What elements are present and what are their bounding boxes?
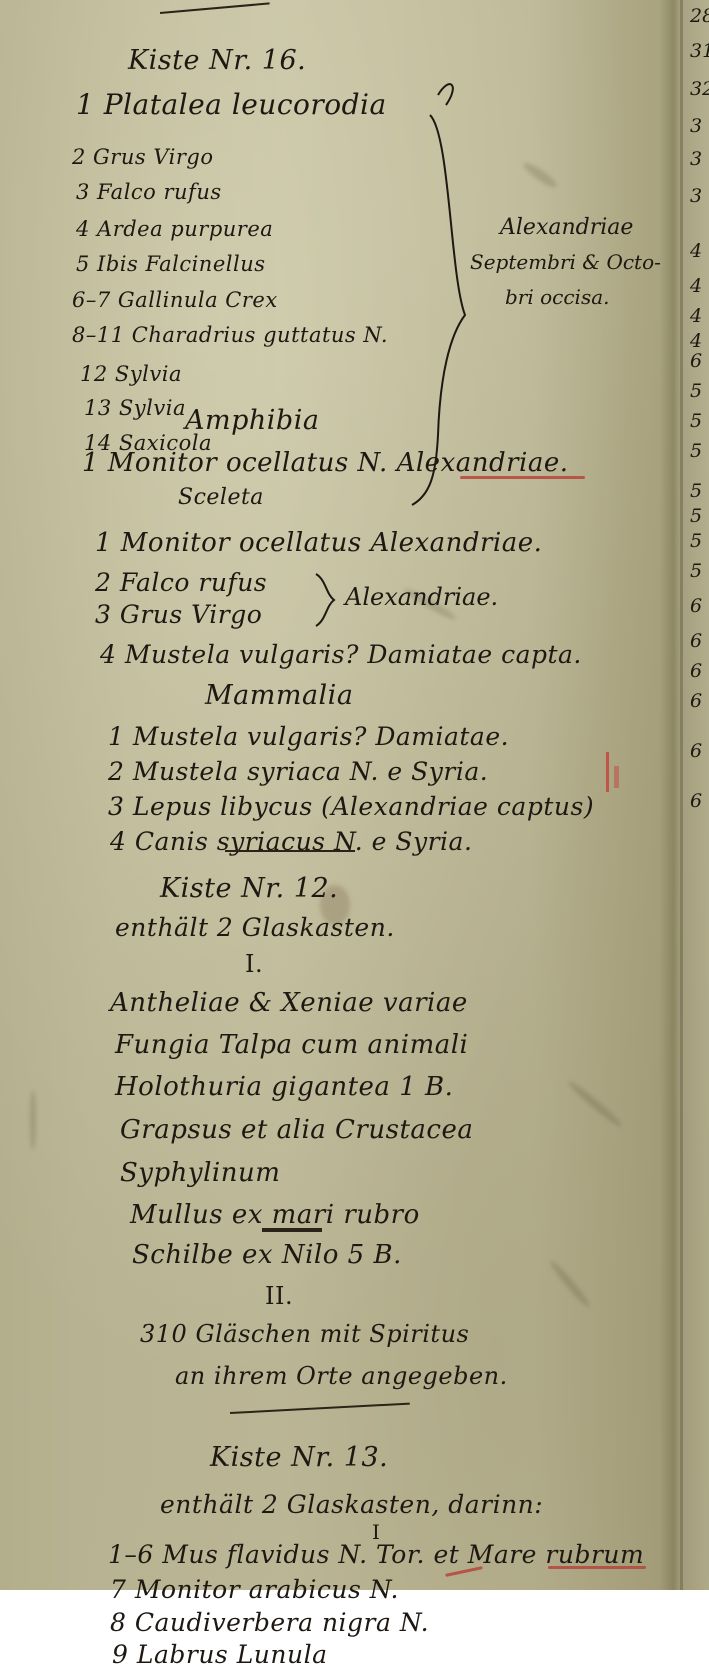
margin-number: 5 (690, 380, 702, 402)
section-subheading: enthält 2 Glaskasten. (115, 913, 395, 942)
ink-smudge (521, 159, 560, 190)
margin-number: 31 (690, 40, 709, 62)
list-item: 4 Ardea purpurea (76, 217, 273, 241)
list-item: 1–6 Mus flavidus N. Tor. et Mare rubrum (108, 1540, 644, 1569)
list-item: Fungia Talpa cum animali (115, 1030, 468, 1060)
list-item: 3 Grus Virgo (95, 600, 262, 629)
list-item: Antheliae & Xeniae variae (110, 988, 468, 1018)
margin-number: 6 (690, 740, 702, 762)
margin-number: 5 (690, 480, 702, 502)
red-margin-mark (606, 752, 609, 792)
section-heading-kiste-13: Kiste Nr. 13. (210, 1442, 388, 1473)
manuscript-page: Kiste Nr. 16. 1 Platalea leucorodia 2 Gr… (0, 0, 709, 1590)
margin-number: 6 (690, 660, 702, 682)
list-item: Schilbe ex Nilo 5 B. (132, 1240, 402, 1270)
bracket-note-line: Alexandriae. (345, 583, 498, 611)
margin-number: 32 (690, 78, 709, 100)
margin-number: 6 (690, 790, 702, 812)
list-item: 13 Sylvia (84, 396, 186, 420)
section-divider (225, 850, 355, 852)
ink-stroke (262, 1228, 322, 1232)
list-item: 8–11 Charadrius guttatus N. (72, 323, 388, 347)
margin-number: 5 (690, 440, 702, 462)
margin-number: 4 (690, 330, 702, 352)
red-underline (460, 476, 585, 479)
section-heading-sceleta: Sceleta (178, 485, 264, 510)
section-heading-amphibia: Amphibia (185, 405, 319, 436)
ink-smudge (548, 1258, 593, 1309)
page-gutter (680, 0, 683, 1590)
list-item: 1 Monitor ocellatus N. Alexandriae. (82, 448, 569, 478)
bracket-note-line: Alexandriae (500, 215, 633, 240)
section-heading-kiste-12: Kiste Nr. 12. (160, 873, 338, 904)
list-item: 2 Grus Virgo (72, 145, 213, 169)
section-heading-mammalia: Mammalia (205, 680, 353, 711)
red-underline (548, 1566, 646, 1569)
margin-number: 5 (690, 505, 702, 527)
section-heading-kiste-16: Kiste Nr. 16. (128, 45, 306, 76)
list-item: Syphylinum (120, 1158, 280, 1188)
list-item: 3 Lepus libycus (Alexandriae captus) (108, 792, 594, 821)
list-item: 6–7 Gallinula Crex (72, 288, 278, 312)
margin-number: 4 (690, 305, 702, 327)
list-item: 2 Falco rufus (95, 568, 267, 597)
margin-number: 6 (690, 690, 702, 712)
small-brace-icon (312, 570, 342, 630)
margin-number: 6 (690, 630, 702, 652)
bracket-note-line: Septembri & Octo- (470, 250, 661, 274)
margin-number: 3 (690, 148, 702, 170)
margin-number: 4 (690, 240, 702, 262)
ink-smudge (30, 1090, 36, 1150)
list-item: an ihrem Orte angegeben. (175, 1362, 508, 1390)
list-item: Holothuria gigantea 1 B. (115, 1072, 453, 1102)
list-item: 5 Ibis Falcinellus (76, 252, 266, 276)
list-item: 310 Gläschen mit Spiritus (140, 1320, 469, 1348)
part-label: I. (245, 950, 263, 978)
margin-number: 3 (690, 115, 702, 137)
margin-number: 5 (690, 560, 702, 582)
margin-number: 4 (690, 275, 702, 297)
list-item: 1 Mustela vulgaris? Damiatae. (108, 722, 509, 751)
margin-number: 28 (690, 5, 709, 27)
list-item: 4 Mustela vulgaris? Damiatae capta. (100, 640, 582, 669)
top-stroke (160, 2, 270, 14)
list-item: 1 Platalea leucorodia (76, 88, 387, 121)
part-label: II. (265, 1282, 293, 1310)
list-item: 1 Monitor ocellatus Alexandriae. (95, 528, 542, 558)
margin-number: 5 (690, 410, 702, 432)
ink-smudge (566, 1078, 625, 1129)
margin-number: 5 (690, 530, 702, 552)
bracket-note-line: bri occisa. (505, 285, 610, 309)
margin-number: 6 (690, 595, 702, 617)
section-subheading: enthält 2 Glaskasten, darinn: (160, 1490, 543, 1519)
list-item: 12 Sylvia (80, 362, 182, 386)
margin-number: 3 (690, 185, 702, 207)
list-item: 2 Mustela syriaca N. e Syria. (108, 757, 488, 786)
list-item: 7 Monitor arabicus N. (110, 1575, 399, 1604)
margin-number: 6 (690, 350, 702, 372)
list-item: 3 Falco rufus (76, 180, 222, 204)
section-divider (230, 1403, 410, 1414)
red-margin-mark (614, 766, 619, 788)
list-item: Grapsus et alia Crustacea (120, 1115, 473, 1145)
list-item: Mullus ex mari rubro (130, 1200, 420, 1230)
